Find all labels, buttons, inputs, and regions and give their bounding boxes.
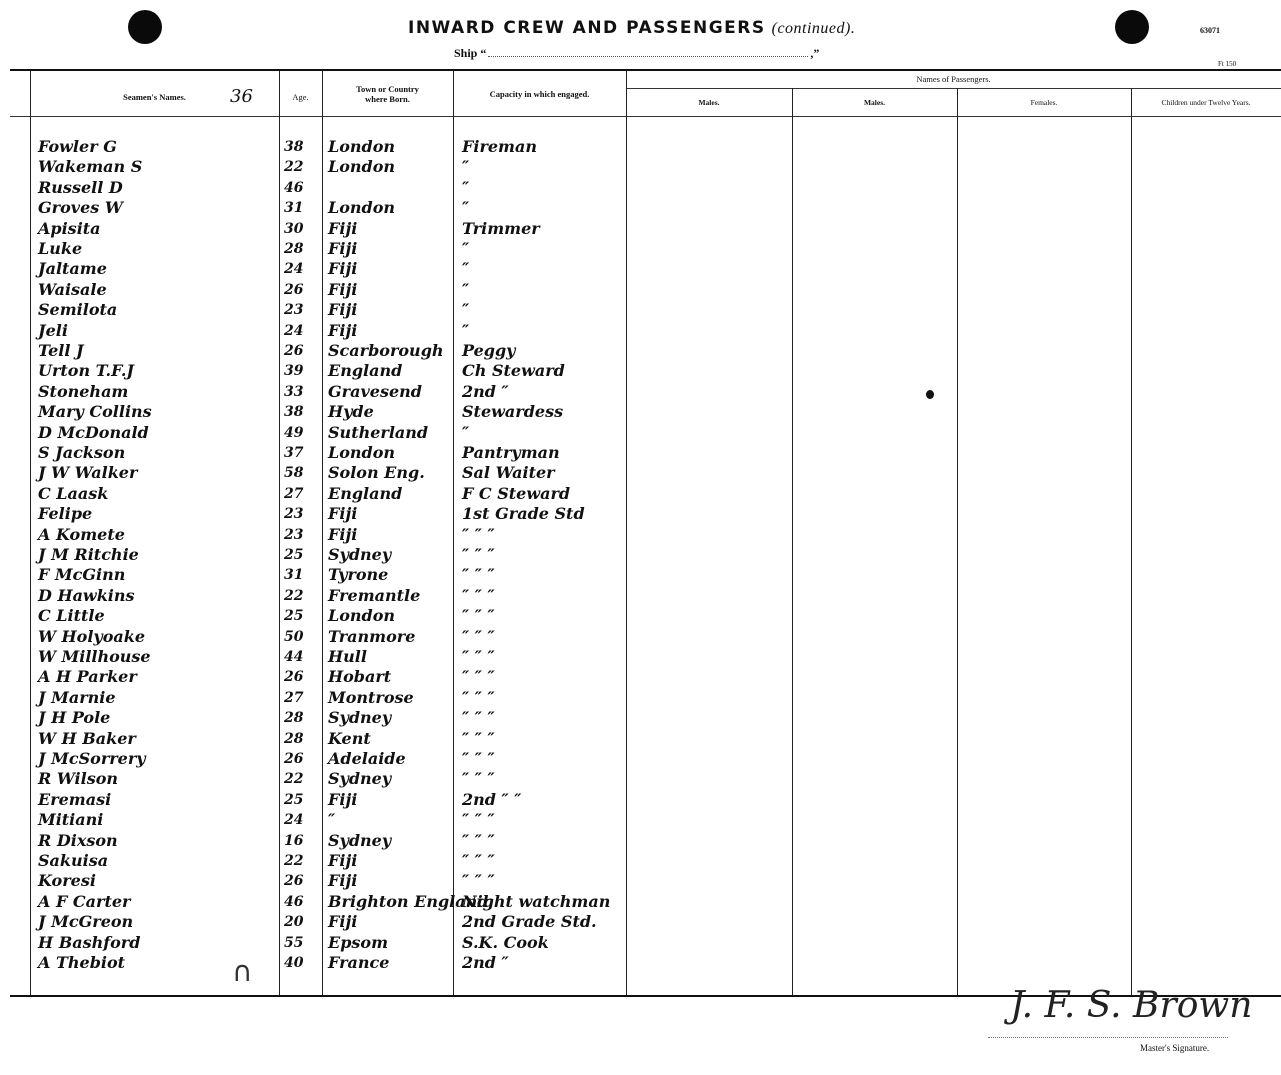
crew-capacity: ″ ″ ″ bbox=[462, 708, 632, 728]
crew-age: 22 bbox=[284, 586, 320, 606]
crew-age: 30 bbox=[284, 219, 320, 239]
passenger-subheader-rule bbox=[626, 88, 1281, 89]
top-rule bbox=[10, 69, 1281, 71]
crew-age: 22 bbox=[284, 157, 320, 177]
crew-age: 33 bbox=[284, 382, 320, 402]
crew-row: Waisale26Fiji″ bbox=[0, 280, 1281, 300]
crew-row: J McSorrery26Adelaide″ ″ ″ bbox=[0, 749, 1281, 769]
crew-age: 24 bbox=[284, 810, 320, 830]
crew-town: Fiji bbox=[328, 871, 453, 891]
crew-name: J H Pole bbox=[38, 708, 268, 728]
crew-town: Hyde bbox=[328, 402, 453, 422]
crew-capacity: ″ ″ ″ bbox=[462, 851, 632, 871]
ship-close: ,” bbox=[810, 46, 819, 60]
crew-capacity: ″ ″ ″ bbox=[462, 565, 632, 585]
crew-town: London bbox=[328, 157, 453, 177]
crew-row: D Hawkins22Fremantle″ ″ ″ bbox=[0, 586, 1281, 606]
crew-name: Semilota bbox=[38, 300, 268, 320]
crew-age: 46 bbox=[284, 892, 320, 912]
crew-town: Fiji bbox=[328, 321, 453, 341]
crew-name: D Hawkins bbox=[38, 586, 268, 606]
crew-name: C Laask bbox=[38, 484, 268, 504]
header-town-line1: Town or Country bbox=[322, 84, 453, 94]
header-town-line2: where Born. bbox=[322, 94, 453, 104]
crew-row: J McGreon20Fiji2nd Grade Std. bbox=[0, 912, 1281, 932]
crew-age: 44 bbox=[284, 647, 320, 667]
crew-capacity: ″ bbox=[462, 178, 632, 198]
crew-name: Urton T.F.J bbox=[38, 361, 268, 381]
crew-row: H Bashford55EpsomS.K. Cook bbox=[0, 933, 1281, 953]
crew-town: Epsom bbox=[328, 933, 453, 953]
crew-row: Jeli24Fiji″ bbox=[0, 321, 1281, 341]
crew-capacity: ″ bbox=[462, 280, 632, 300]
crew-row: Tell J26ScarboroughPeggy bbox=[0, 341, 1281, 361]
crew-capacity: ″ bbox=[462, 321, 632, 341]
crew-age: 23 bbox=[284, 300, 320, 320]
crew-town: Fiji bbox=[328, 239, 453, 259]
crew-name: W Holyoake bbox=[38, 627, 268, 647]
crew-town: Fremantle bbox=[328, 586, 453, 606]
crew-town: Fiji bbox=[328, 259, 453, 279]
header-females: Females. bbox=[957, 98, 1131, 108]
crew-capacity: ″ ″ ″ bbox=[462, 871, 632, 891]
header-passengers-group: Names of Passengers. bbox=[626, 74, 1281, 84]
crew-name: Waisale bbox=[38, 280, 268, 300]
crew-capacity: 2nd ″ bbox=[462, 382, 632, 402]
crew-age: 40 bbox=[284, 953, 320, 973]
crew-capacity: ″ ″ ″ bbox=[462, 749, 632, 769]
crew-age: 28 bbox=[284, 729, 320, 749]
crew-capacity: ″ ″ ″ bbox=[462, 647, 632, 667]
crew-town: Tranmore bbox=[328, 627, 453, 647]
crew-name: D McDonald bbox=[38, 423, 268, 443]
crew-capacity: ″ ″ ″ bbox=[462, 545, 632, 565]
crew-age: 26 bbox=[284, 871, 320, 891]
header-town-country: Town or Country where Born. bbox=[322, 84, 453, 104]
crew-capacity: ″ ″ ″ bbox=[462, 769, 632, 789]
crew-age: 26 bbox=[284, 280, 320, 300]
crew-row: J Marnie27Montrose″ ″ ″ bbox=[0, 688, 1281, 708]
crew-age: 31 bbox=[284, 198, 320, 218]
crew-row: F McGinn31Tyrone″ ″ ″ bbox=[0, 565, 1281, 585]
crew-row: A Thebiot40France2nd ″ bbox=[0, 953, 1281, 973]
crew-capacity: ″ bbox=[462, 423, 632, 443]
crew-name: H Bashford bbox=[38, 933, 268, 953]
crew-row: Mary Collins38HydeStewardess bbox=[0, 402, 1281, 422]
crew-name: A H Parker bbox=[38, 667, 268, 687]
crew-town: Gravesend bbox=[328, 382, 453, 402]
crew-age: 16 bbox=[284, 831, 320, 851]
crew-name: Stoneham bbox=[38, 382, 268, 402]
crew-name: Tell J bbox=[38, 341, 268, 361]
crew-town: London bbox=[328, 606, 453, 626]
crew-name: Fowler G bbox=[38, 137, 268, 157]
crew-town: Scarborough bbox=[328, 341, 453, 361]
crew-town: Kent bbox=[328, 729, 453, 749]
crew-capacity: F C Steward bbox=[462, 484, 632, 504]
page-title: INWARD CREW AND PASSENGERS(continued). bbox=[408, 18, 855, 38]
crew-row: R Dixson16Sydney″ ″ ″ bbox=[0, 831, 1281, 851]
header-bottom-rule bbox=[10, 116, 1281, 117]
crew-name: J McGreon bbox=[38, 912, 268, 932]
crew-capacity: ″ bbox=[462, 259, 632, 279]
crew-age: 27 bbox=[284, 688, 320, 708]
crew-capacity: ″ bbox=[462, 198, 632, 218]
crew-row: A Komete23Fiji″ ″ ″ bbox=[0, 525, 1281, 545]
crew-town: Fiji bbox=[328, 525, 453, 545]
crew-row: Apisita30FijiTrimmer bbox=[0, 219, 1281, 239]
crew-age: 27 bbox=[284, 484, 320, 504]
crew-capacity: ″ ″ ″ bbox=[462, 831, 632, 851]
crew-age: 37 bbox=[284, 443, 320, 463]
crew-row: S Jackson37LondonPantryman bbox=[0, 443, 1281, 463]
crew-capacity: 2nd ″ ″ bbox=[462, 790, 632, 810]
crew-town: ″ bbox=[328, 810, 453, 830]
crew-town: Fiji bbox=[328, 280, 453, 300]
crew-age: 49 bbox=[284, 423, 320, 443]
crew-row: C Little25London″ ″ ″ bbox=[0, 606, 1281, 626]
crew-town: London bbox=[328, 198, 453, 218]
print-reference: Ft 150 bbox=[1218, 60, 1236, 68]
crew-town: Fiji bbox=[328, 851, 453, 871]
crew-capacity: Sal Waiter bbox=[462, 463, 632, 483]
crew-town: Sydney bbox=[328, 769, 453, 789]
master-signature: J. F. S. Brown bbox=[1010, 985, 1252, 1026]
crew-row: W Holyoake50Tranmore″ ″ ″ bbox=[0, 627, 1281, 647]
crew-age: 23 bbox=[284, 504, 320, 524]
crew-row: Luke28Fiji″ bbox=[0, 239, 1281, 259]
signature-line bbox=[988, 1037, 1228, 1038]
crew-name: R Wilson bbox=[38, 769, 268, 789]
crew-name: Mary Collins bbox=[38, 402, 268, 422]
crew-row: Semilota23Fiji″ bbox=[0, 300, 1281, 320]
crew-town: Sydney bbox=[328, 708, 453, 728]
crew-row: Russell D46″ bbox=[0, 178, 1281, 198]
crew-age: 22 bbox=[284, 769, 320, 789]
crew-capacity: ″ ″ ″ bbox=[462, 606, 632, 626]
crew-name: F McGinn bbox=[38, 565, 268, 585]
crew-name: Mitiani bbox=[38, 810, 268, 830]
crew-age: 50 bbox=[284, 627, 320, 647]
crew-capacity: Ch Steward bbox=[462, 361, 632, 381]
crew-row: Fowler G38LondonFireman bbox=[0, 137, 1281, 157]
crew-name: Eremasi bbox=[38, 790, 268, 810]
crew-age: 58 bbox=[284, 463, 320, 483]
crew-town: Fiji bbox=[328, 504, 453, 524]
crew-capacity: ″ ″ ″ bbox=[462, 667, 632, 687]
crew-name: Groves W bbox=[38, 198, 268, 218]
crew-name: J M Ritchie bbox=[38, 545, 268, 565]
crew-town: France bbox=[328, 953, 453, 973]
crew-name: Jaltame bbox=[38, 259, 268, 279]
header-children: Children under Twelve Years. bbox=[1131, 98, 1281, 108]
crew-capacity: Trimmer bbox=[462, 219, 632, 239]
crew-capacity: ″ ″ ″ bbox=[462, 586, 632, 606]
crew-capacity: ″ bbox=[462, 239, 632, 259]
crew-town: Fiji bbox=[328, 300, 453, 320]
crew-row: Koresi26Fiji″ ″ ″ bbox=[0, 871, 1281, 891]
crew-capacity: 1st Grade Std bbox=[462, 504, 632, 524]
crew-name: J McSorrery bbox=[38, 749, 268, 769]
crew-name: A Komete bbox=[38, 525, 268, 545]
crew-capacity: ″ ″ ″ bbox=[462, 627, 632, 647]
crew-capacity: Fireman bbox=[462, 137, 632, 157]
crew-capacity: Night watchman bbox=[462, 892, 632, 912]
header-capacity: Capacity in which engaged. bbox=[453, 89, 626, 99]
crew-row: A F Carter46Brighton EnglandNight watchm… bbox=[0, 892, 1281, 912]
form-number: 63071 bbox=[1200, 26, 1220, 35]
crew-row: Felipe23Fiji1st Grade Std bbox=[0, 504, 1281, 524]
crew-row: R Wilson22Sydney″ ″ ″ bbox=[0, 769, 1281, 789]
header-males-1: Males. bbox=[626, 98, 792, 108]
crew-town: Sydney bbox=[328, 831, 453, 851]
crew-name: J Marnie bbox=[38, 688, 268, 708]
crew-row: W H Baker28Kent″ ″ ″ bbox=[0, 729, 1281, 749]
crew-name: W Millhouse bbox=[38, 647, 268, 667]
crew-name: C Little bbox=[38, 606, 268, 626]
crew-age: 38 bbox=[284, 137, 320, 157]
crew-town: Fiji bbox=[328, 219, 453, 239]
crew-name: A F Carter bbox=[38, 892, 268, 912]
crew-capacity: Stewardess bbox=[462, 402, 632, 422]
crew-name: S Jackson bbox=[38, 443, 268, 463]
crew-name: Felipe bbox=[38, 504, 268, 524]
crew-name: R Dixson bbox=[38, 831, 268, 851]
crew-name: Apisita bbox=[38, 219, 268, 239]
crew-row: J M Ritchie25Sydney″ ″ ″ bbox=[0, 545, 1281, 565]
crew-row: J H Pole28Sydney″ ″ ″ bbox=[0, 708, 1281, 728]
crew-age: 26 bbox=[284, 341, 320, 361]
crew-capacity: ″ bbox=[462, 157, 632, 177]
crew-capacity: ″ ″ ″ bbox=[462, 729, 632, 749]
crew-age: 26 bbox=[284, 667, 320, 687]
ship-label: Ship “ bbox=[454, 46, 486, 60]
crew-row: Stoneham33Gravesend2nd ″ bbox=[0, 382, 1281, 402]
ship-line: Ship “,” bbox=[454, 46, 819, 61]
header-age: Age. bbox=[279, 92, 322, 102]
crew-name: Koresi bbox=[38, 871, 268, 891]
crew-name: W H Baker bbox=[38, 729, 268, 749]
crew-town: England bbox=[328, 361, 453, 381]
ship-name-field[interactable] bbox=[488, 46, 808, 57]
crew-row: Jaltame24Fiji″ bbox=[0, 259, 1281, 279]
crew-town: London bbox=[328, 443, 453, 463]
crew-town: Brighton England bbox=[328, 892, 453, 912]
punch-hole-right bbox=[1115, 10, 1149, 44]
crew-capacity: ″ ″ ″ bbox=[462, 810, 632, 830]
crew-name: Luke bbox=[38, 239, 268, 259]
title-suffix: (continued). bbox=[772, 20, 856, 37]
crew-row: Groves W31London″ bbox=[0, 198, 1281, 218]
crew-town: Fiji bbox=[328, 790, 453, 810]
crew-age: 25 bbox=[284, 606, 320, 626]
crew-age: 25 bbox=[284, 545, 320, 565]
crew-age: 24 bbox=[284, 259, 320, 279]
crew-town: Sutherland bbox=[328, 423, 453, 443]
crew-age: 31 bbox=[284, 565, 320, 585]
crew-row: W Millhouse44Hull″ ″ ″ bbox=[0, 647, 1281, 667]
crew-age: 55 bbox=[284, 933, 320, 953]
crew-capacity: ″ bbox=[462, 300, 632, 320]
crew-age: 38 bbox=[284, 402, 320, 422]
crew-row: J W Walker58Solon Eng.Sal Waiter bbox=[0, 463, 1281, 483]
header-males-2: Males. bbox=[792, 98, 957, 108]
crew-town: Sydney bbox=[328, 545, 453, 565]
crew-age: 28 bbox=[284, 708, 320, 728]
crew-capacity: Peggy bbox=[462, 341, 632, 361]
punch-hole-left bbox=[128, 10, 162, 44]
crew-name: Jeli bbox=[38, 321, 268, 341]
crew-town: Adelaide bbox=[328, 749, 453, 769]
crew-town: London bbox=[328, 137, 453, 157]
crew-capacity: ″ ″ ″ bbox=[462, 688, 632, 708]
crew-capacity: S.K. Cook bbox=[462, 933, 632, 953]
crew-name: Wakeman S bbox=[38, 157, 268, 177]
crew-age: 46 bbox=[284, 178, 320, 198]
crew-town: Montrose bbox=[328, 688, 453, 708]
crew-row: Eremasi25Fiji2nd ″ ″ bbox=[0, 790, 1281, 810]
crew-age: 24 bbox=[284, 321, 320, 341]
crew-age: 28 bbox=[284, 239, 320, 259]
crew-town: Tyrone bbox=[328, 565, 453, 585]
crew-capacity: Pantryman bbox=[462, 443, 632, 463]
crew-row: D McDonald49Sutherland″ bbox=[0, 423, 1281, 443]
crew-capacity: ″ ″ ″ bbox=[462, 525, 632, 545]
crew-age: 39 bbox=[284, 361, 320, 381]
tally-mark: ∩ bbox=[232, 955, 253, 988]
ink-mark bbox=[926, 390, 934, 399]
crew-row: C Laask27EnglandF C Steward bbox=[0, 484, 1281, 504]
crew-town: Fiji bbox=[328, 912, 453, 932]
crew-town: England bbox=[328, 484, 453, 504]
crew-age: 25 bbox=[284, 790, 320, 810]
crew-capacity: 2nd ″ bbox=[462, 953, 632, 973]
crew-row: Wakeman S22London″ bbox=[0, 157, 1281, 177]
crew-name: J W Walker bbox=[38, 463, 268, 483]
crew-age: 22 bbox=[284, 851, 320, 871]
crew-name: Russell D bbox=[38, 178, 268, 198]
crew-age: 26 bbox=[284, 749, 320, 769]
crew-town: Solon Eng. bbox=[328, 463, 453, 483]
crew-capacity: 2nd Grade Std. bbox=[462, 912, 632, 932]
title-main: INWARD CREW AND PASSENGERS bbox=[408, 18, 766, 38]
crew-row: Mitiani24″″ ″ ″ bbox=[0, 810, 1281, 830]
crew-name: Sakuisa bbox=[38, 851, 268, 871]
page-mark: 36 bbox=[230, 86, 253, 107]
crew-age: 23 bbox=[284, 525, 320, 545]
crew-age: 20 bbox=[284, 912, 320, 932]
crew-row: A H Parker26Hobart″ ″ ″ bbox=[0, 667, 1281, 687]
crew-town: Hull bbox=[328, 647, 453, 667]
signature-label: Master's Signature. bbox=[1140, 1043, 1209, 1053]
crew-town: Hobart bbox=[328, 667, 453, 687]
crew-row: Urton T.F.J39EnglandCh Steward bbox=[0, 361, 1281, 381]
crew-row: Sakuisa22Fiji″ ″ ″ bbox=[0, 851, 1281, 871]
